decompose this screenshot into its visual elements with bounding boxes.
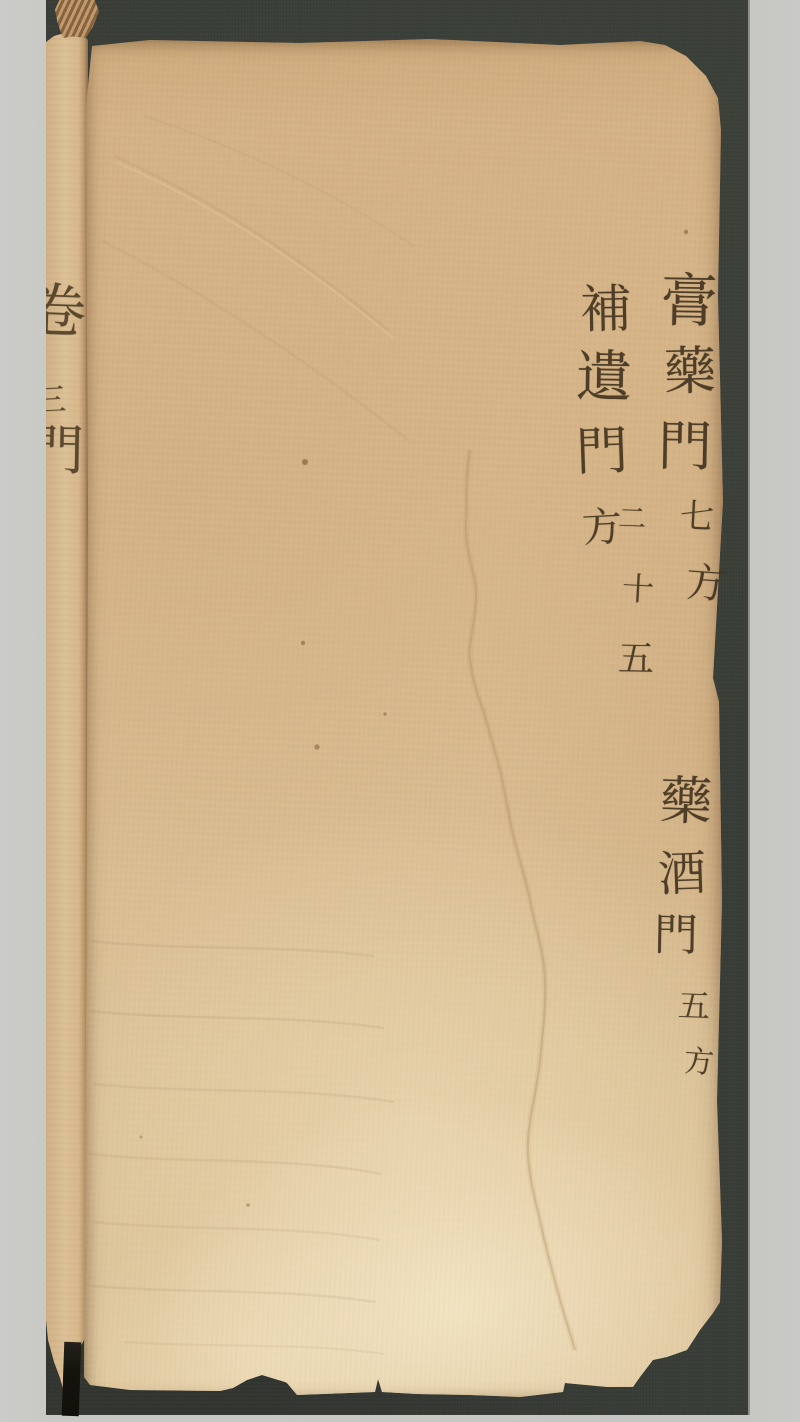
manuscript-scan: 卷 三 門 [0,0,800,1422]
col1-char-3: 門 [658,420,713,475]
col2-char-2: 遺 [576,350,633,407]
col1-char-4: 七 [679,499,715,535]
col2-char-1: 補 [580,284,633,337]
col3-char-4: 五 [677,989,710,1022]
col3-char-2: 酒 [657,849,707,899]
col3-char-3: 門 [654,914,699,959]
col3-char-1: 藥 [659,775,713,829]
page-gap-shadow [62,1342,82,1417]
col1-char-1: 膏 [659,271,718,330]
strip-char-fragment-2: 三 [46,383,67,417]
col1-char-5: 方 [685,563,728,606]
strip-char-fragment-1: 卷 [46,281,87,341]
paper-creases-and-stains [84,36,724,1402]
col2-char-6: 五 [618,642,655,679]
col1-char-2: 藥 [664,346,717,399]
col2-char-3: 門 [575,425,629,479]
manuscript-page [84,36,724,1402]
adjacent-page-edge-strip: 卷 三 門 [46,32,88,1402]
col2-char-5: 十 [621,572,655,606]
col3-char-5: 方 [683,1047,715,1079]
strip-char-fragment-3: 門 [46,424,84,479]
col2-char-7: 方 [581,507,623,549]
